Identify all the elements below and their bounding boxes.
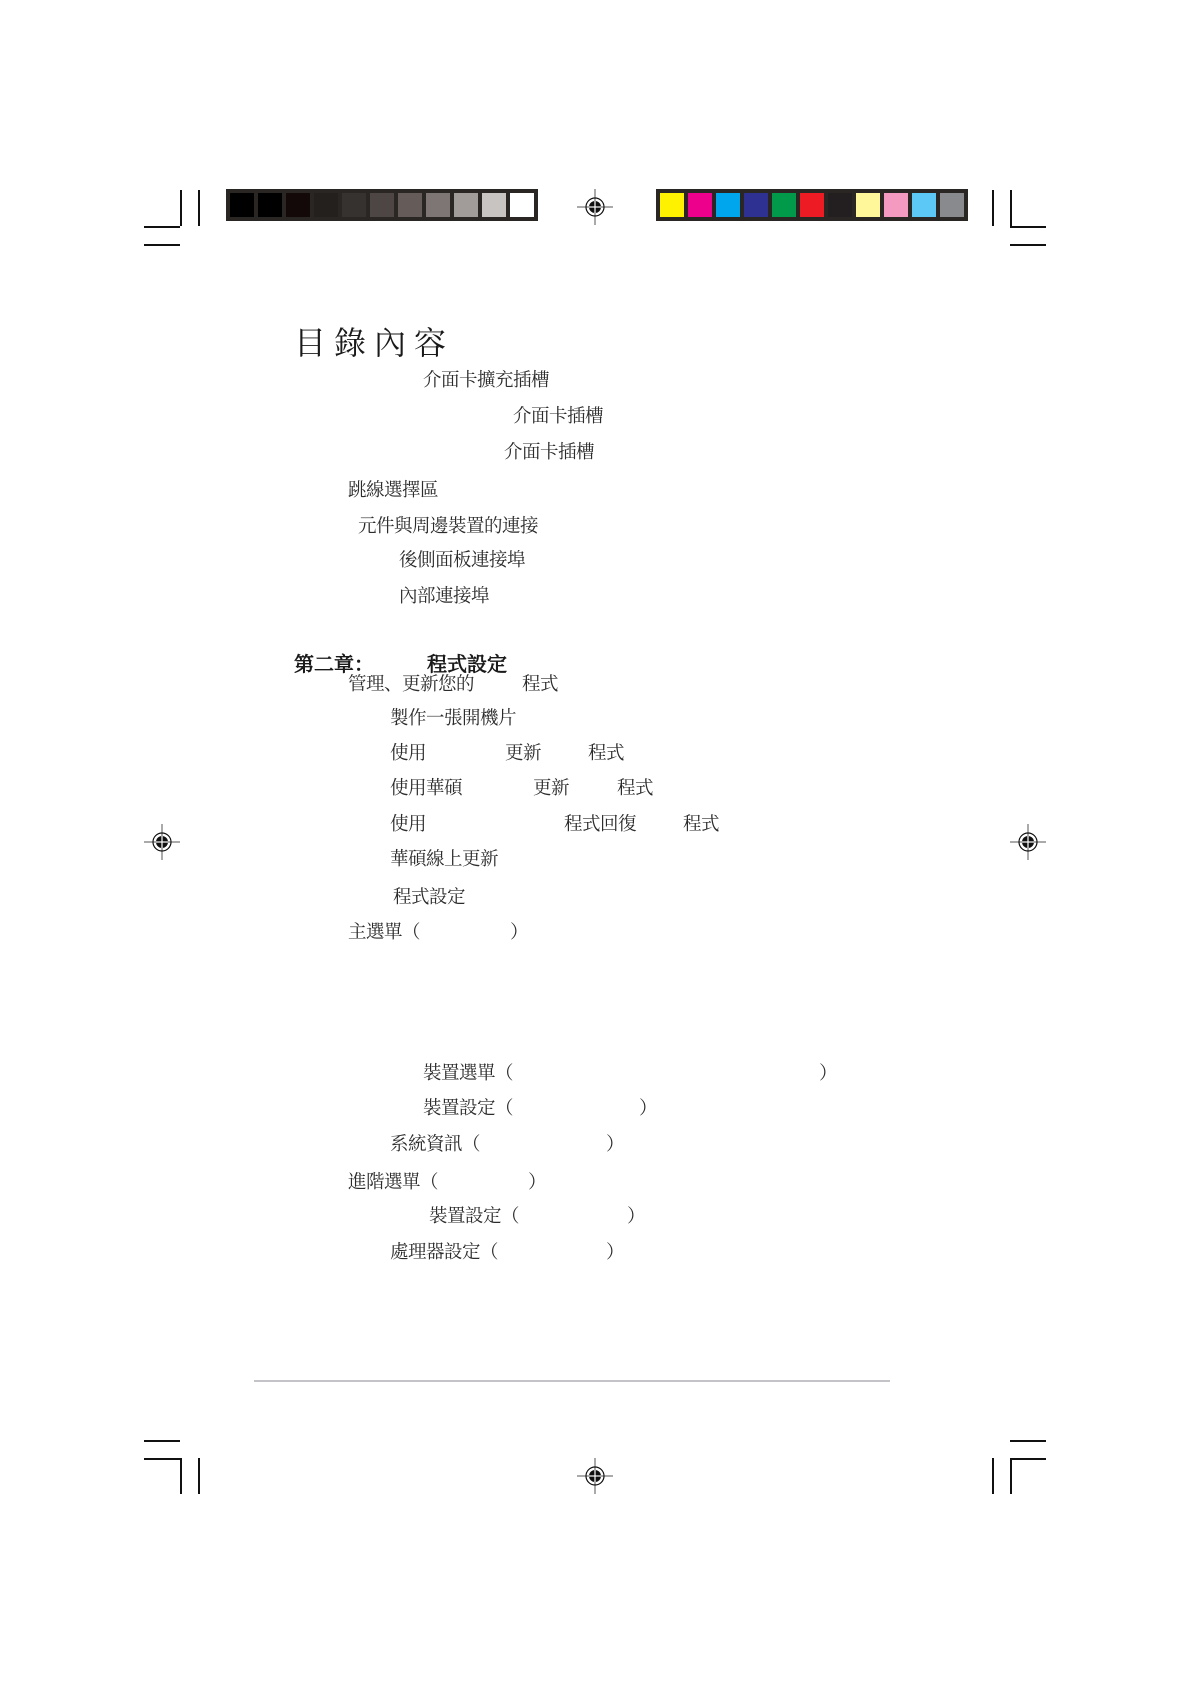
toc-entry[interactable]: 系統資訊（ ） [390, 1136, 624, 1155]
color-swatch [856, 193, 880, 217]
crop-mark [198, 1458, 200, 1494]
color-swatch [230, 193, 254, 217]
toc-entry[interactable]: 製作一張開機片 [390, 710, 516, 729]
crop-mark [1010, 226, 1046, 228]
toc-entry[interactable]: 裝置設定（ ） [423, 1100, 657, 1119]
color-swatch [342, 193, 366, 217]
toc-entry[interactable]: 處理器設定（ ） [390, 1244, 624, 1263]
crop-mark [144, 244, 180, 246]
process-color-bar [656, 189, 968, 221]
color-swatch [370, 193, 394, 217]
crop-mark [180, 190, 182, 226]
color-swatch [828, 193, 852, 217]
toc-entry[interactable]: 使用 [390, 745, 426, 764]
color-swatch [258, 193, 282, 217]
crop-mark [144, 1440, 180, 1442]
toc-entry[interactable]: 進階選單（ ） [348, 1174, 546, 1193]
registration-mark-icon [1010, 824, 1046, 860]
toc-entry[interactable]: 介面卡插槽 [513, 408, 603, 427]
crop-mark [1010, 244, 1046, 246]
crop-mark [180, 1458, 182, 1494]
grayscale-color-bar [226, 189, 538, 221]
toc-entry[interactable]: 程式 [522, 676, 558, 695]
color-swatch [940, 193, 964, 217]
color-swatch [660, 193, 684, 217]
toc-entry[interactable]: 裝置選單（ ） [423, 1065, 837, 1084]
toc-entry[interactable]: 跳線選擇區 [348, 482, 438, 501]
toc-entry[interactable]: 介面卡插槽 [504, 444, 594, 463]
toc-entry[interactable]: 程式 [588, 745, 624, 764]
toc-entry[interactable]: 使用 [390, 816, 426, 835]
color-swatch [454, 193, 478, 217]
toc-entry[interactable]: 程式回復 [564, 816, 636, 835]
color-swatch [286, 193, 310, 217]
toc-entry[interactable]: 介面卡擴充插槽 [423, 372, 549, 391]
color-swatch [800, 193, 824, 217]
crop-mark [144, 226, 180, 228]
toc-entry[interactable]: 華碩線上更新 [390, 851, 498, 870]
color-swatch [688, 193, 712, 217]
crop-mark [198, 190, 200, 226]
toc-entry[interactable]: 內部連接埠 [399, 588, 489, 607]
registration-mark-icon [577, 1458, 613, 1494]
toc-entry[interactable]: 元件與周邊裝置的連接 [358, 518, 538, 537]
toc-entry[interactable]: 更新 [533, 780, 569, 799]
registration-mark-icon [144, 824, 180, 860]
color-swatch [482, 193, 506, 217]
toc-entry[interactable]: 使用華碩 [390, 780, 462, 799]
color-swatch [426, 193, 450, 217]
toc-entry[interactable]: 主選單（ ） [348, 924, 528, 943]
crop-mark [1010, 1458, 1012, 1494]
toc-entry[interactable]: 管理、更新您的 [348, 676, 474, 695]
color-swatch [314, 193, 338, 217]
crop-mark [1010, 1458, 1046, 1460]
crop-mark [992, 190, 994, 226]
color-swatch [510, 193, 534, 217]
color-swatch [744, 193, 768, 217]
toc-entry[interactable]: 裝置設定（ ） [429, 1208, 645, 1227]
toc-entry[interactable]: 後側面板連接埠 [399, 552, 525, 571]
toc-entry[interactable]: 程式 [683, 816, 719, 835]
page-title: 目錄內容 [294, 318, 454, 364]
chapter-title: 程式設定 [427, 648, 507, 677]
color-swatch [912, 193, 936, 217]
crop-mark [1010, 190, 1012, 226]
color-swatch [772, 193, 796, 217]
toc-entry[interactable]: 程式設定 [393, 889, 465, 908]
color-swatch [398, 193, 422, 217]
footer-rule [254, 1380, 890, 1382]
registration-mark-icon [577, 189, 613, 225]
toc-entry[interactable]: 程式 [617, 780, 653, 799]
chapter-label: 第二章： [294, 648, 374, 677]
crop-mark [1010, 1440, 1046, 1442]
color-swatch [716, 193, 740, 217]
crop-mark [992, 1458, 994, 1494]
toc-entry[interactable]: 更新 [505, 745, 541, 764]
color-swatch [884, 193, 908, 217]
crop-mark [144, 1458, 180, 1460]
